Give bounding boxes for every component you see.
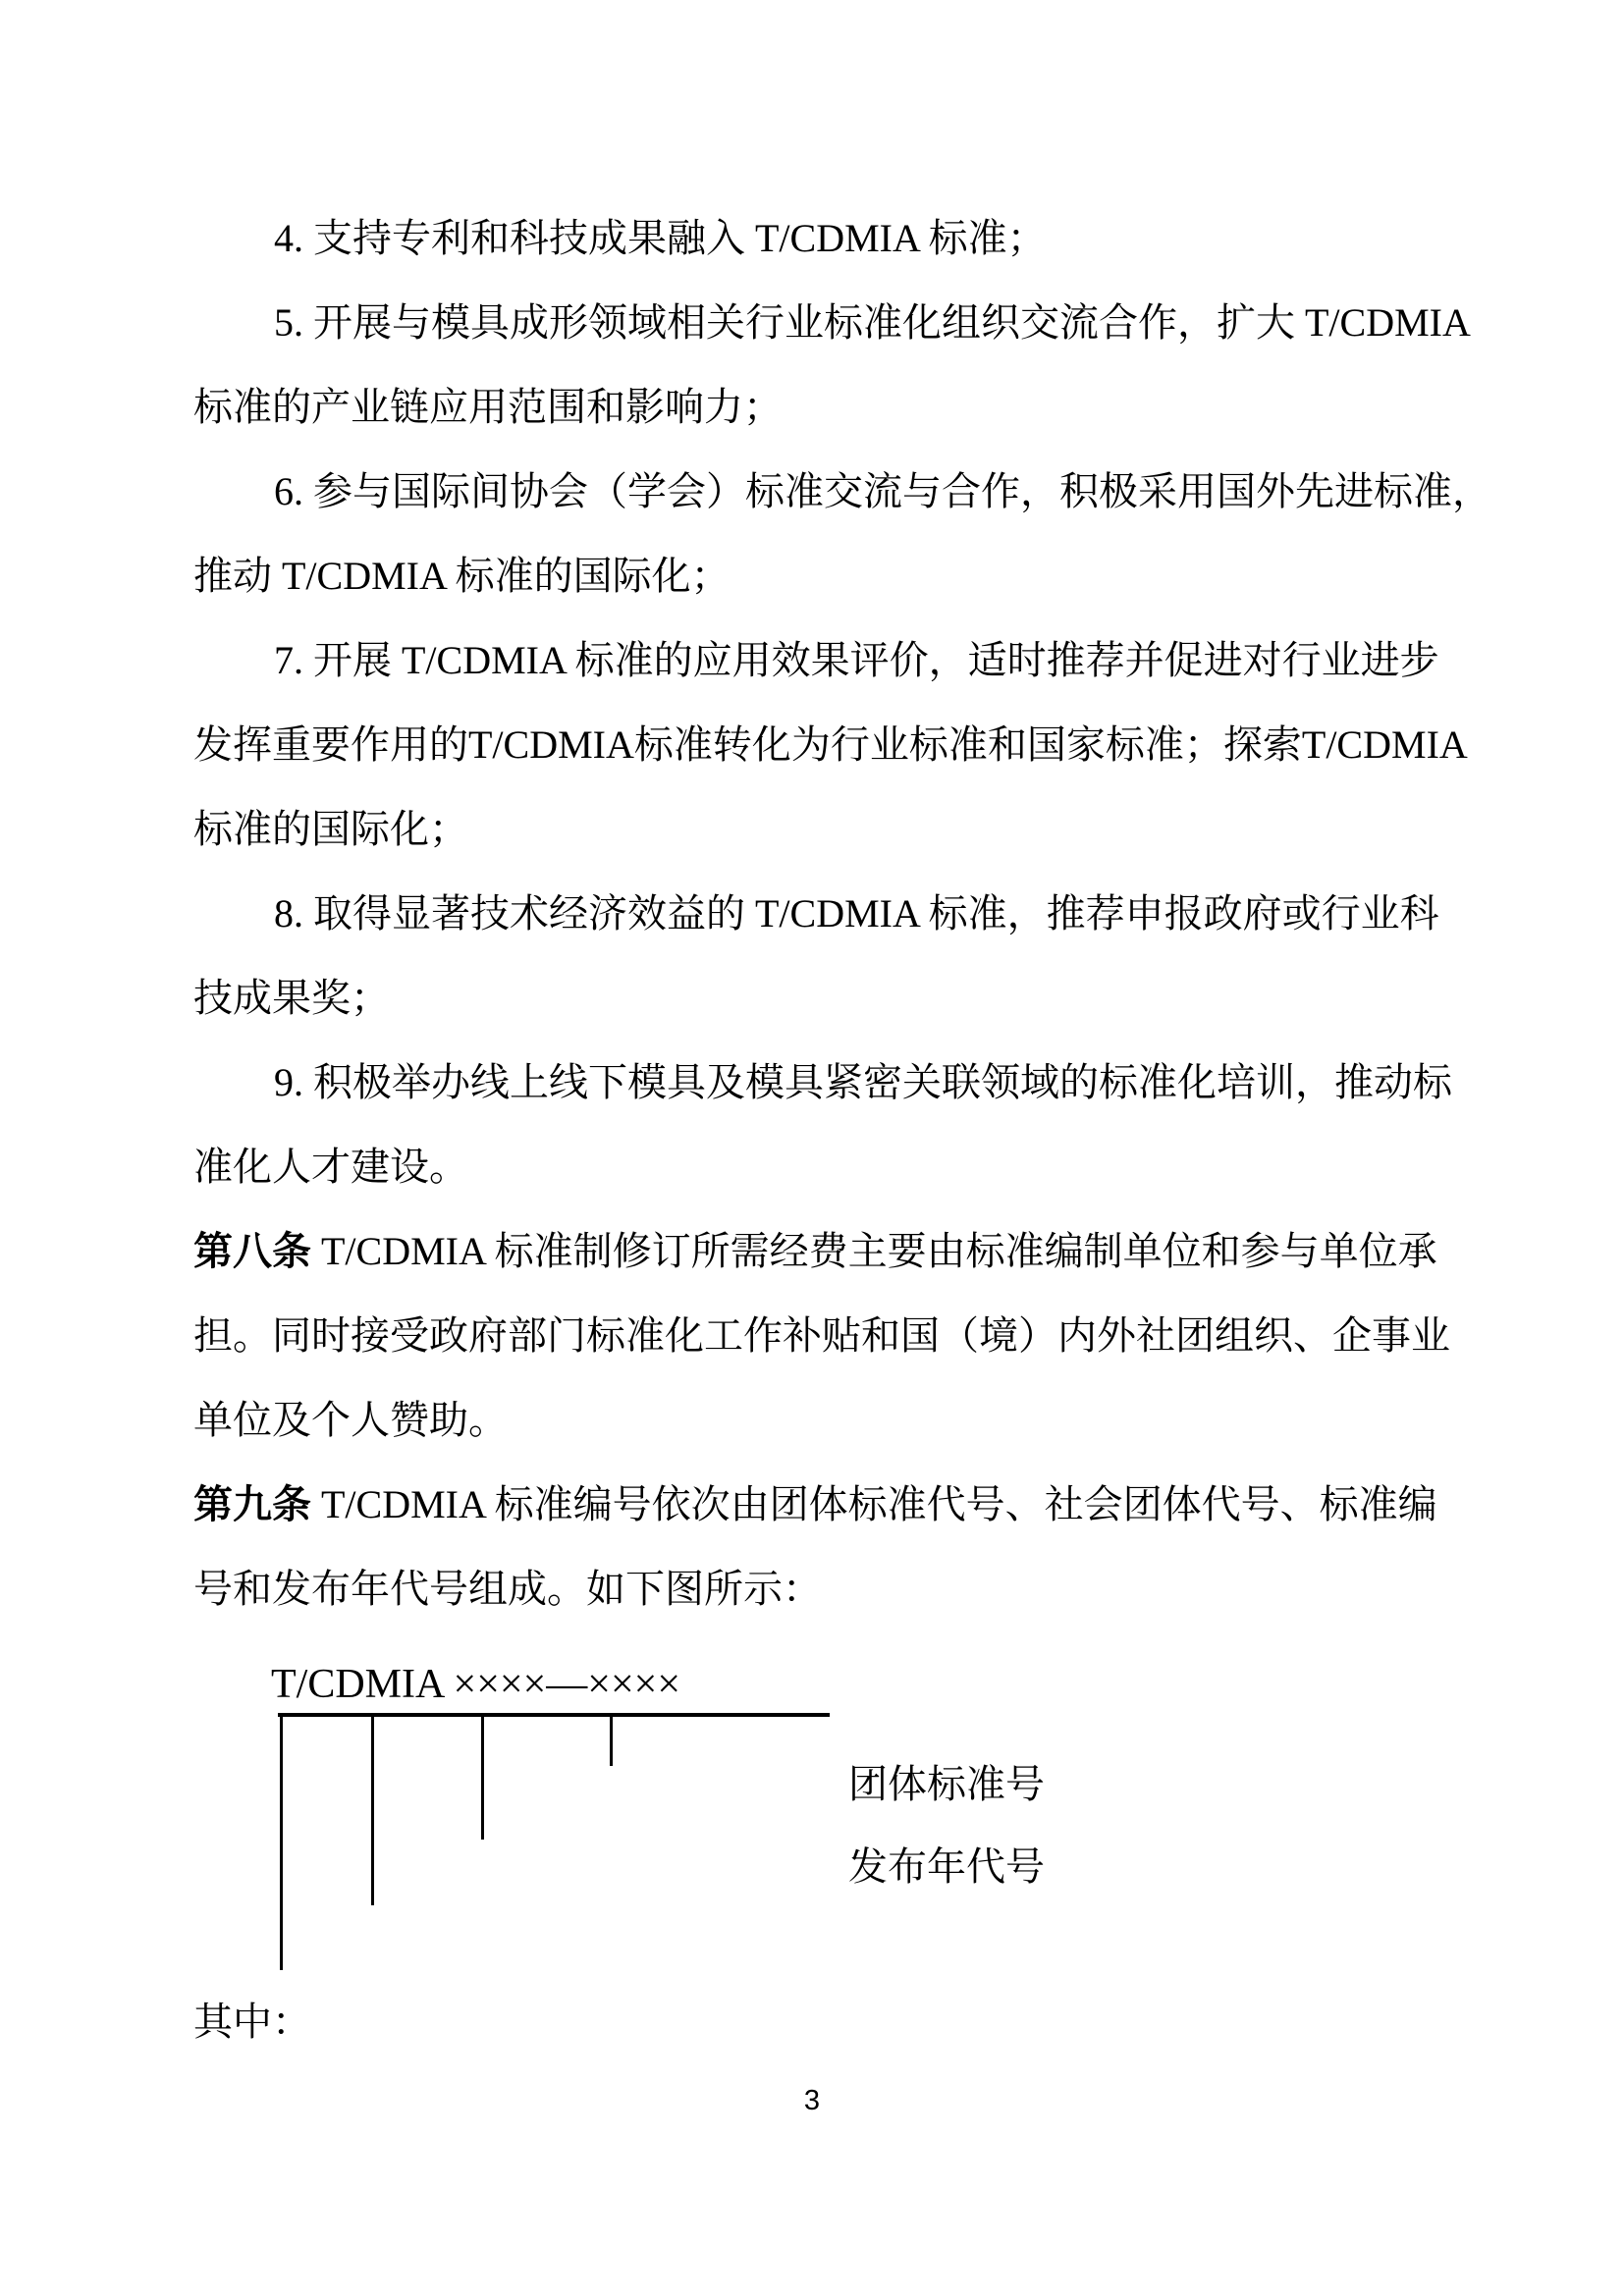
diagram-drop-line-4	[610, 1717, 613, 1766]
diagram-drop-line-1	[280, 1717, 283, 1970]
standard-number-diagram: T/CDMIA ××××—×××× 团体标准号 发布年代号	[0, 0, 1624, 2296]
paragraph-line-among-which: 其中：	[193, 2001, 311, 2044]
diagram-label-year-code: 发布年代号	[848, 1845, 1045, 1889]
diagram-horizontal-line	[278, 1713, 830, 1717]
standard-number-formula: T/CDMIA ××××—××××	[271, 1663, 680, 1706]
diagram-drop-line-2	[371, 1717, 374, 1905]
page-number: 3	[0, 2085, 1624, 2117]
document-page: 4. 支持专利和科技成果融入 T/CDMIA 标准； 5. 开展与模具成形领域相…	[0, 0, 1624, 2296]
diagram-drop-line-3	[481, 1717, 484, 1840]
diagram-label-group-standard-number: 团体标准号	[848, 1763, 1045, 1806]
